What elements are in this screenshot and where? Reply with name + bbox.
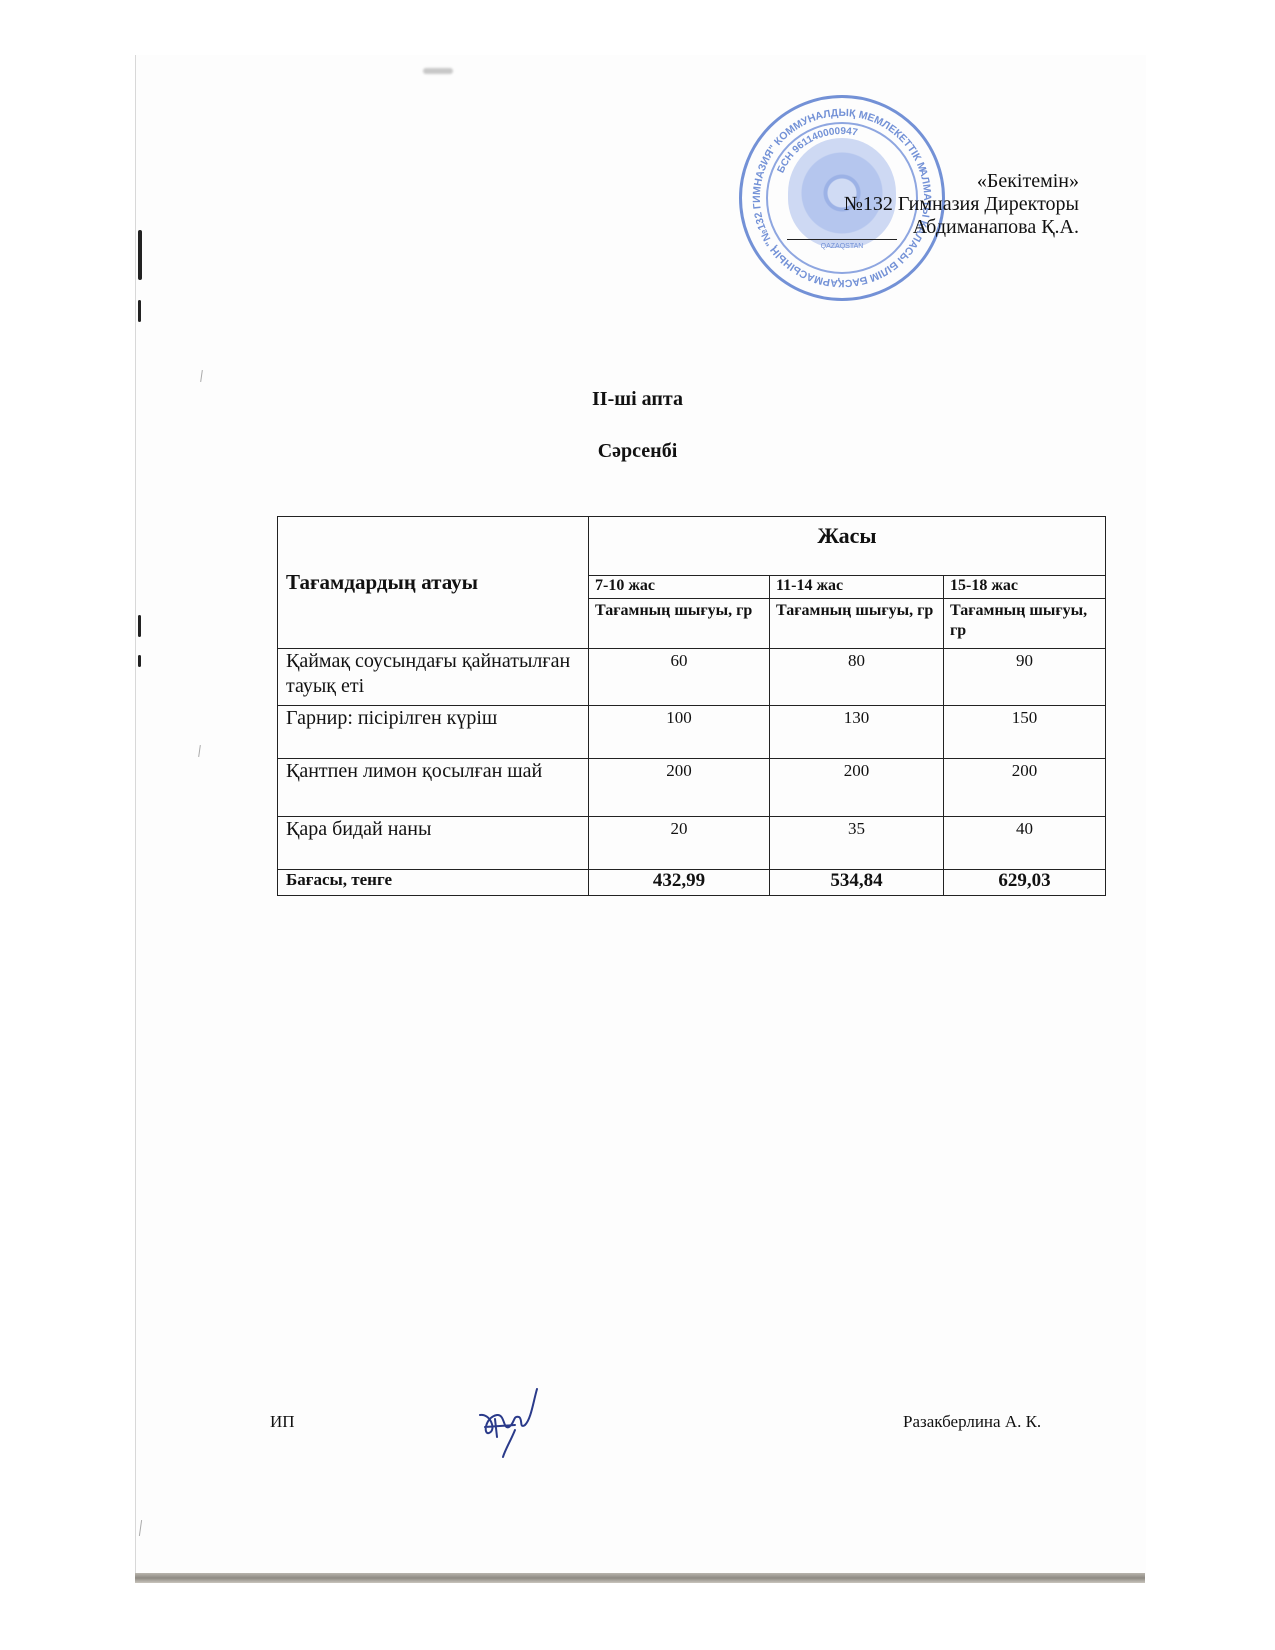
dish-name: Қантпен лимон қосылған шай	[278, 759, 589, 817]
portion-value: 40	[944, 817, 1106, 870]
portion-value: 200	[770, 759, 944, 817]
age-header: Жасы	[589, 517, 1106, 576]
output-header: Тағамның шығуы, гр	[589, 599, 770, 649]
table-row: Қантпен лимон қосылған шай 200 200 200	[278, 759, 1106, 817]
footer-left-label: ИП	[270, 1412, 295, 1432]
portion-value: 35	[770, 817, 944, 870]
table-row: Қара бидай наны 20 35 40	[278, 817, 1106, 870]
portion-value: 60	[589, 649, 770, 706]
price-label: Бағасы, тенге	[278, 870, 589, 896]
approval-heading: «Бекітемін»	[844, 170, 1079, 193]
portion-value: 130	[770, 706, 944, 759]
binding-mark	[138, 230, 142, 280]
portion-value: 80	[770, 649, 944, 706]
table-row: Гарнир: пісірілген күріш 100 130 150	[278, 706, 1106, 759]
age-band: 11-14 жас	[770, 576, 944, 599]
age-band: 15-18 жас	[944, 576, 1106, 599]
binding-mark	[138, 615, 141, 637]
approval-block: «Бекітемін» №132 Гимназия Директоры Абди…	[844, 170, 1079, 239]
week-title: ІІ-ші апта	[0, 388, 1275, 411]
signer-name: Разакберлина А. К.	[903, 1412, 1041, 1432]
dish-name: Қаймақ соусындағы қайнатылған тауық еті	[278, 649, 589, 706]
price-value: 534,84	[770, 870, 944, 896]
approval-name: Абдиманапова Қ.А.	[844, 216, 1079, 239]
table-header-row: Тағамдардың атауы Жасы	[278, 517, 1106, 576]
portion-value: 200	[589, 759, 770, 817]
price-value: 629,03	[944, 870, 1106, 896]
table-row: Қаймақ соусындағы қайнатылған тауық еті …	[278, 649, 1106, 706]
portion-value: 90	[944, 649, 1106, 706]
scan-smudge	[423, 68, 453, 74]
output-header: Тағамның шығуы, гр	[770, 599, 944, 649]
handwritten-signature-icon	[475, 1385, 545, 1460]
page-bottom-edge	[135, 1573, 1145, 1583]
signature-line	[787, 239, 897, 240]
binding-mark	[138, 655, 141, 667]
price-row: Бағасы, тенге 432,99 534,84 629,03	[278, 870, 1106, 896]
price-value: 432,99	[589, 870, 770, 896]
portion-value: 150	[944, 706, 1106, 759]
output-header: Тағамның шығуы, гр	[944, 599, 1106, 649]
dish-name-header: Тағамдардың атауы	[278, 517, 589, 649]
dish-name: Қара бидай наны	[278, 817, 589, 870]
portion-value: 100	[589, 706, 770, 759]
dish-name: Гарнир: пісірілген күріш	[278, 706, 589, 759]
age-band: 7-10 жас	[589, 576, 770, 599]
day-title: Сәрсенбі	[0, 440, 1275, 463]
portion-value: 200	[944, 759, 1106, 817]
svg-text:QAZAQSTAN: QAZAQSTAN	[821, 243, 864, 250]
binding-mark	[138, 300, 141, 322]
approval-position: №132 Гимназия Директоры	[844, 193, 1079, 216]
menu-table: Тағамдардың атауы Жасы 7-10 жас 11-14 жа…	[277, 516, 1106, 896]
portion-value: 20	[589, 817, 770, 870]
